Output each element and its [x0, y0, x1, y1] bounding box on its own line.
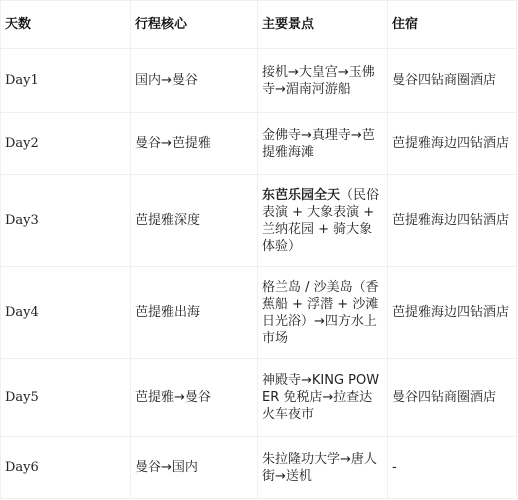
table-row: Day6 曼谷→国内 朱拉隆功大学→唐人街→送机 -	[1, 437, 517, 499]
cell-sights: 神殿寺→KING POWER 免税店→拉查达火车夜市	[258, 359, 388, 437]
cell-day: Day5	[1, 359, 131, 437]
cell-sights: 朱拉隆功大学→唐人街→送机	[258, 437, 388, 499]
cell-hotel: -	[388, 437, 517, 499]
itinerary-table: 天数 行程核心 主要景点 住宿 Day1 国内→曼谷 接机→大皇宫→玉佛寺→湄南…	[0, 0, 517, 499]
cell-sights: 接机→大皇宫→玉佛寺→湄南河游船	[258, 49, 388, 113]
header-day: 天数	[1, 1, 131, 49]
sights-text: 金佛寺→真理寺→芭提雅海滩	[262, 128, 375, 160]
cell-sights: 金佛寺→真理寺→芭提雅海滩	[258, 113, 388, 175]
cell-sights: 格兰岛 / 沙美岛（香蕉船 + 浮潜 + 沙滩日光浴）→四方水上市场	[258, 267, 388, 359]
sights-text: 朱拉隆功大学→唐人街→送机	[262, 452, 377, 484]
table-row: Day4 芭提雅出海 格兰岛 / 沙美岛（香蕉船 + 浮潜 + 沙滩日光浴）→四…	[1, 267, 517, 359]
cell-day: Day3	[1, 175, 131, 267]
cell-hotel: 芭提雅海边四钻酒店	[388, 113, 517, 175]
table-row: Day1 国内→曼谷 接机→大皇宫→玉佛寺→湄南河游船 曼谷四钻商圈酒店	[1, 49, 517, 113]
sights-text: 格兰岛 / 沙美岛（香蕉船 + 浮潜 + 沙滩日光浴）→四方水上市场	[262, 280, 379, 346]
cell-core: 芭提雅→曼谷	[131, 359, 258, 437]
cell-day: Day2	[1, 113, 131, 175]
header-hotel: 住宿	[388, 1, 517, 49]
cell-core: 曼谷→芭提雅	[131, 113, 258, 175]
cell-core: 曼谷→国内	[131, 437, 258, 499]
table-row: Day2 曼谷→芭提雅 金佛寺→真理寺→芭提雅海滩 芭提雅海边四钻酒店	[1, 113, 517, 175]
cell-hotel: 曼谷四钻商圈酒店	[388, 359, 517, 437]
cell-hotel: 曼谷四钻商圈酒店	[388, 49, 517, 113]
cell-sights: 东芭乐园全天（民俗表演 + 大象表演 + 兰纳花园 + 骑大象体验）	[258, 175, 388, 267]
cell-core: 国内→曼谷	[131, 49, 258, 113]
table-row: Day3 芭提雅深度 东芭乐园全天（民俗表演 + 大象表演 + 兰纳花园 + 骑…	[1, 175, 517, 267]
header-core: 行程核心	[131, 1, 258, 49]
cell-core: 芭提雅深度	[131, 175, 258, 267]
cell-day: Day6	[1, 437, 131, 499]
table-header-row: 天数 行程核心 主要景点 住宿	[1, 1, 517, 49]
cell-day: Day1	[1, 49, 131, 113]
table-row: Day5 芭提雅→曼谷 神殿寺→KING POWER 免税店→拉查达火车夜市 曼…	[1, 359, 517, 437]
cell-hotel: 芭提雅海边四钻酒店	[388, 175, 517, 267]
sights-highlight: 东芭乐园全天	[262, 188, 340, 203]
cell-hotel: 芭提雅海边四钻酒店	[388, 267, 517, 359]
header-sights: 主要景点	[258, 1, 388, 49]
sights-text: 接机→大皇宫→玉佛寺→湄南河游船	[262, 65, 375, 97]
cell-day: Day4	[1, 267, 131, 359]
cell-core: 芭提雅出海	[131, 267, 258, 359]
sights-text: 神殿寺→KING POWER 免税店→拉查达火车夜市	[262, 373, 379, 422]
